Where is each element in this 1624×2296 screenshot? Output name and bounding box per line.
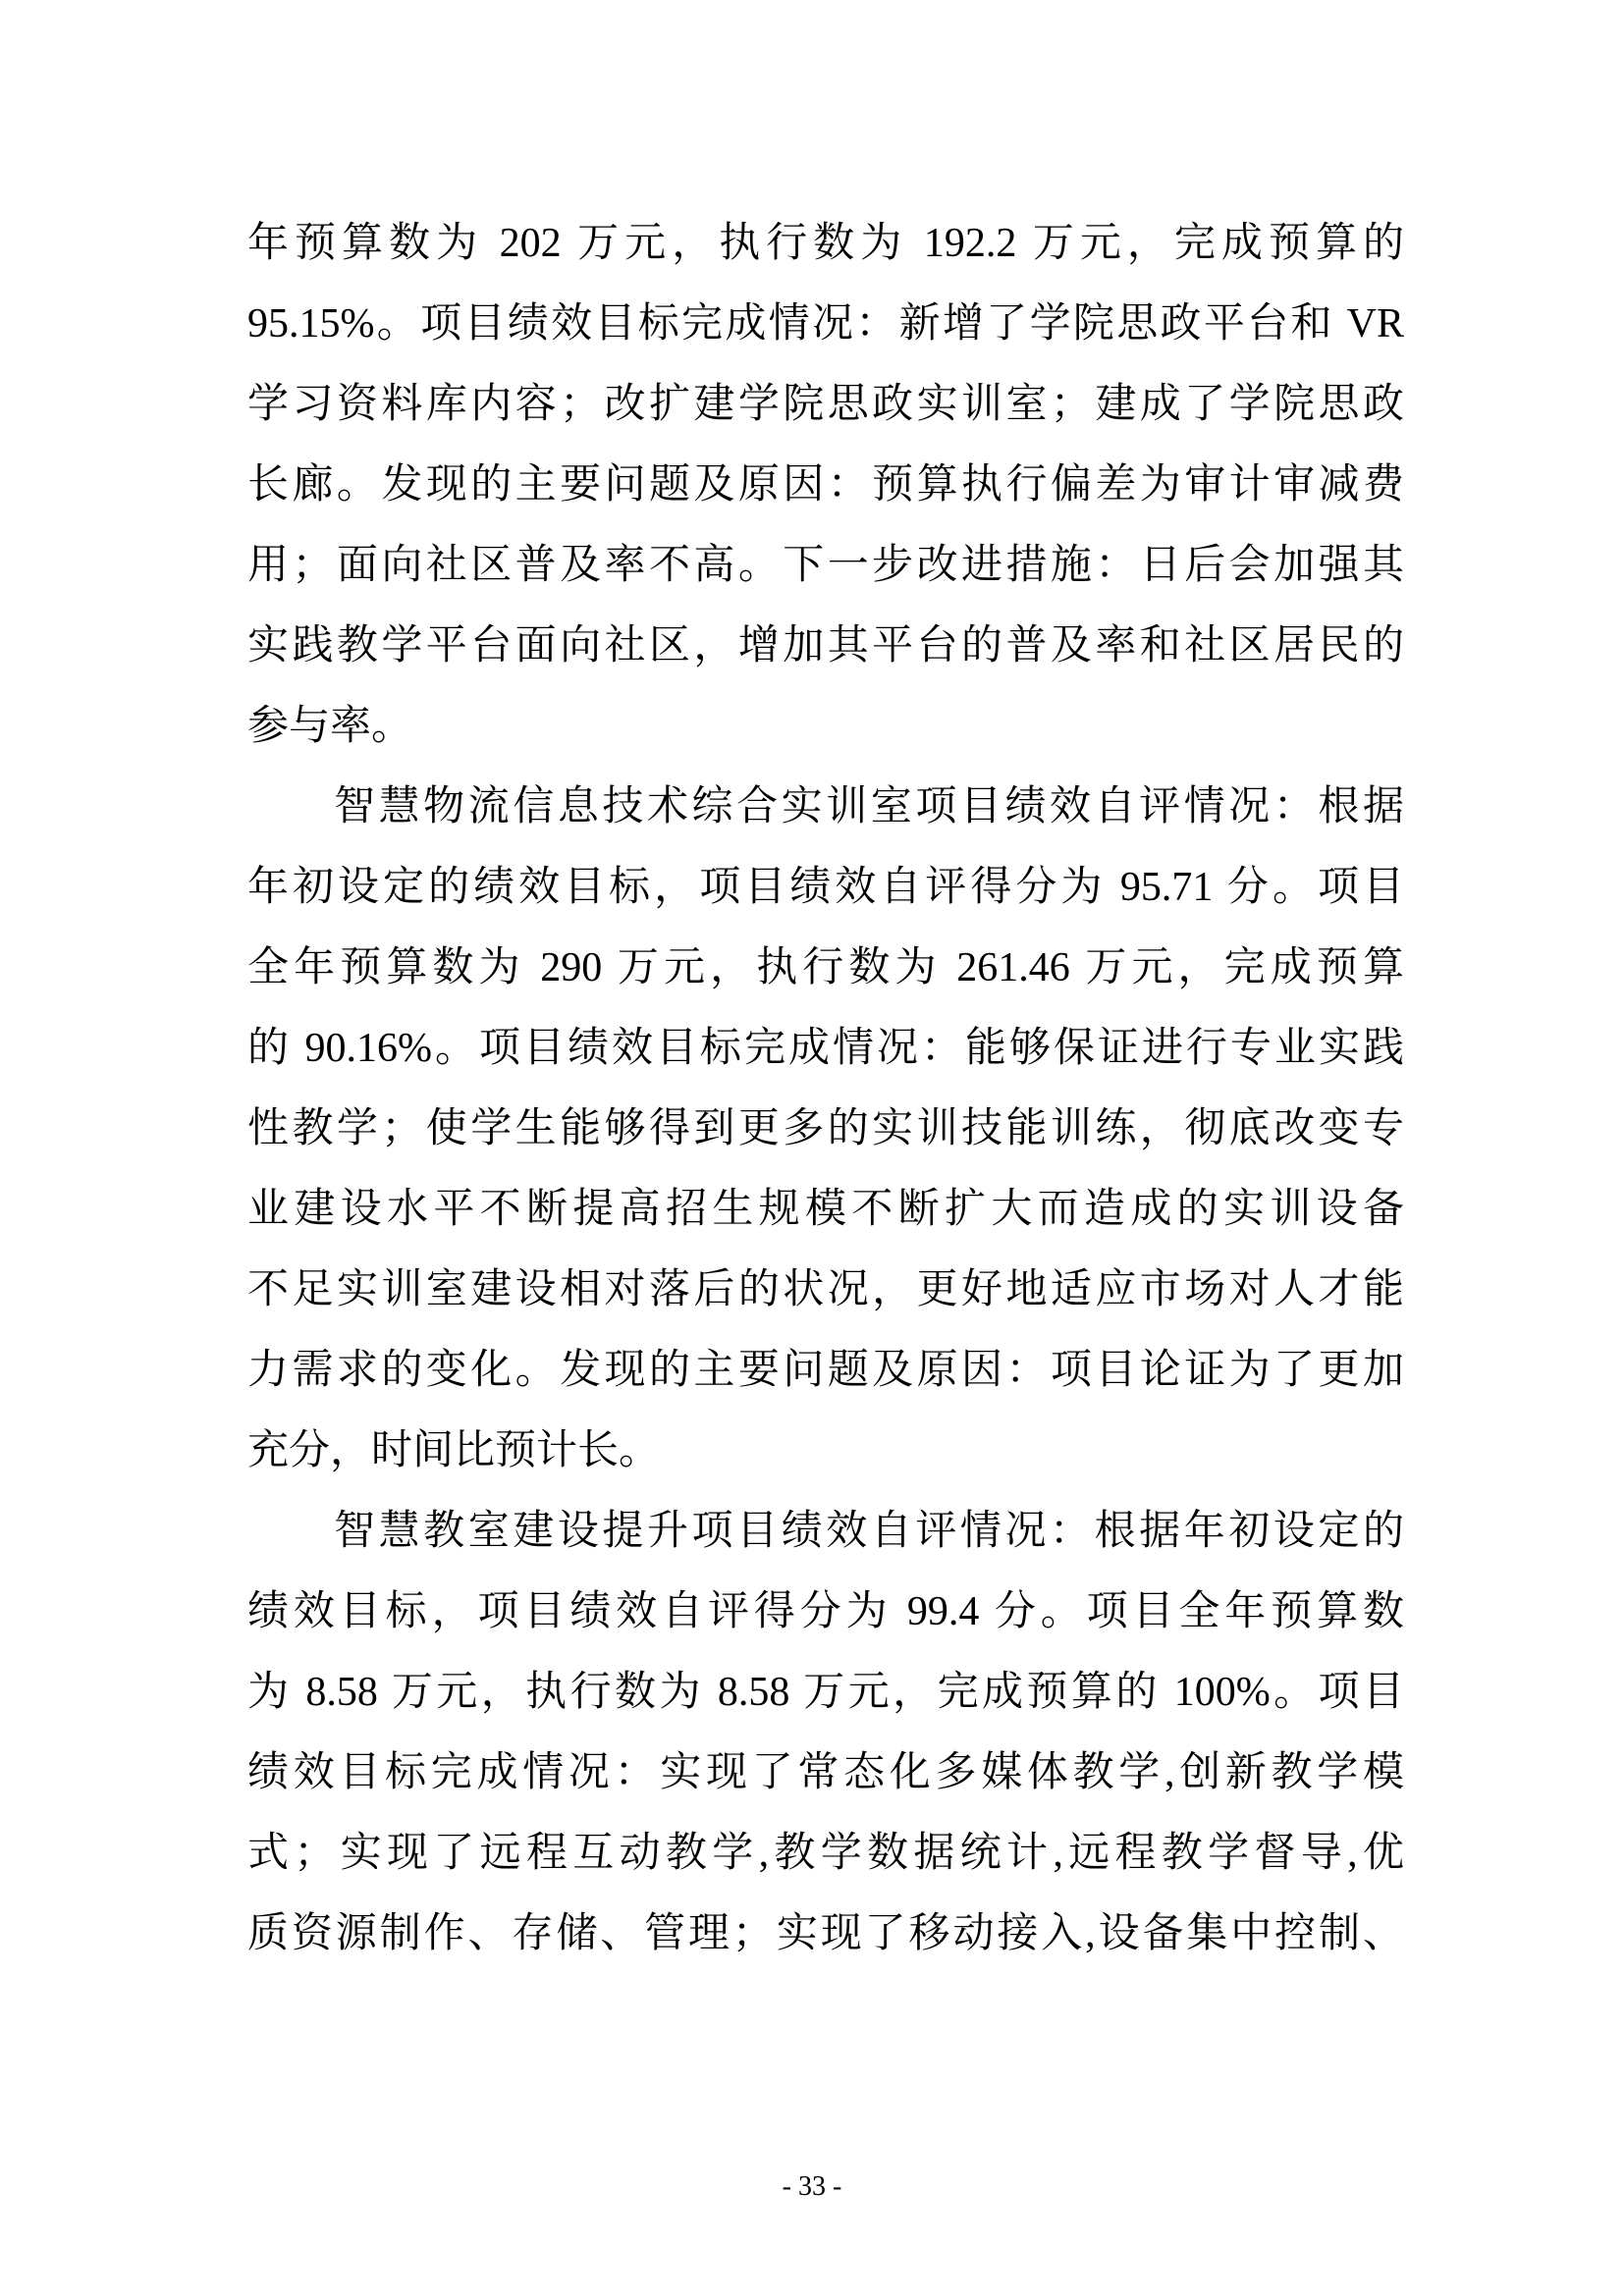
text-line: 用；面向社区普及率不高。下一步改进措施：日后会加强其 — [247, 525, 1404, 606]
text-line: 力需求的变化。发现的主要问题及原因：项目论证为了更加 — [247, 1330, 1404, 1411]
document-page: 年预算数为 202 万元，执行数为 192.2 万元，完成预算的 95.15%。… — [0, 0, 1624, 2296]
text-line: 绩效目标完成情况：实现了常态化多媒体教学,创新教学模 — [247, 1733, 1404, 1813]
text-line: 全年预算数为 290 万元，执行数为 261.46 万元，完成预算 — [247, 928, 1404, 1008]
text-line: 智慧教室建设提升项目绩效自评情况：根据年初设定的 — [247, 1491, 1404, 1572]
page-number: - 33 - — [0, 2171, 1624, 2203]
text-line: 长廊。发现的主要问题及原因：预算执行偏差为审计审减费 — [247, 445, 1404, 525]
text-line: 学习资料库内容；改扩建学院思政实训室；建成了学院思政 — [247, 364, 1404, 445]
text-line: 式；实现了远程互动教学,教学数据统计,远程教学督导,优 — [247, 1813, 1404, 1894]
text-line: 实践教学平台面向社区，增加其平台的普及率和社区居民的 — [247, 606, 1404, 686]
text-line: 性教学；使学生能够得到更多的实训技能训练，彻底改变专 — [247, 1089, 1404, 1169]
text-line: 参与率。 — [247, 686, 1404, 767]
text-line: 不足实训室建设相对落后的状况，更好地适应市场对人才能 — [247, 1250, 1404, 1330]
text-line: 质资源制作、存储、管理；实现了移动接入,设备集中控制、 — [247, 1894, 1404, 1974]
text-line: 的 90.16%。项目绩效目标完成情况：能够保证进行专业实践 — [247, 1008, 1404, 1089]
text-line: 业建设水平不断提高招生规模不断扩大而造成的实训设备 — [247, 1169, 1404, 1250]
text-line: 绩效目标，项目绩效自评得分为 99.4 分。项目全年预算数 — [247, 1572, 1404, 1652]
text-line: 年初设定的绩效目标，项目绩效自评得分为 95.71 分。项目 — [247, 847, 1404, 928]
text-line: 95.15%。项目绩效目标完成情况：新增了学院思政平台和 VR — [247, 284, 1404, 364]
text-line: 充分，时间比预计长。 — [247, 1411, 1404, 1491]
text-line: 为 8.58 万元，执行数为 8.58 万元，完成预算的 100%。项目 — [247, 1652, 1404, 1733]
document-body: 年预算数为 202 万元，执行数为 192.2 万元，完成预算的 95.15%。… — [247, 203, 1404, 1974]
text-line: 年预算数为 202 万元，执行数为 192.2 万元，完成预算的 — [247, 203, 1404, 284]
text-line: 智慧物流信息技术综合实训室项目绩效自评情况：根据 — [247, 767, 1404, 847]
